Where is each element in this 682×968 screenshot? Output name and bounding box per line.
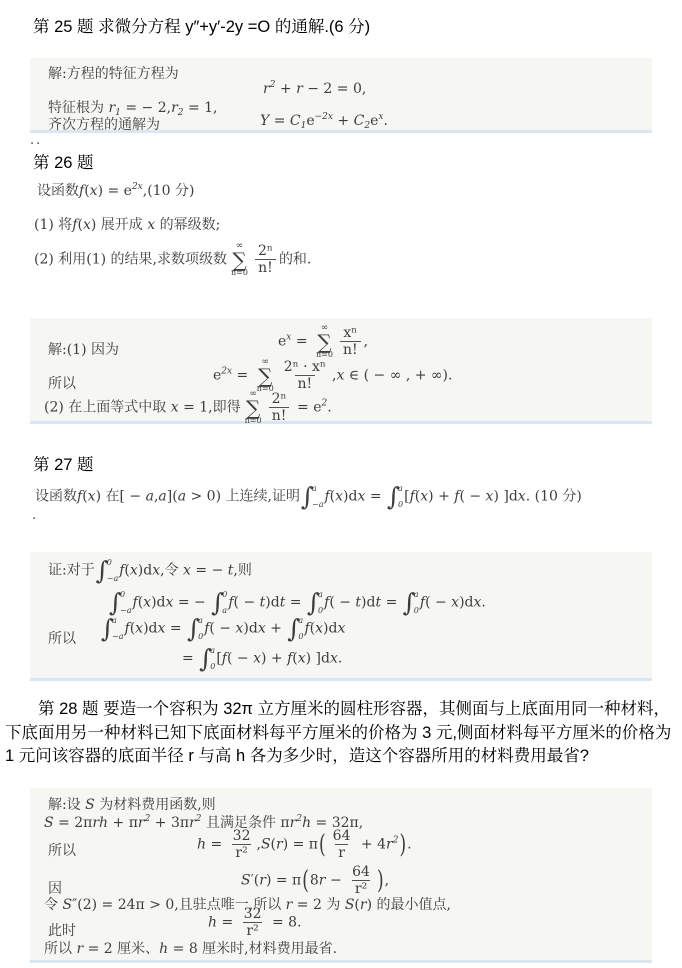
- integral-upper-limit: 0: [120, 591, 131, 599]
- question-27-proof-block: 证:对于∫0−af(x)dx,令 x = − t,则 ∫0−af(x)dx = …: [30, 552, 652, 681]
- math-var: x: [90, 183, 98, 199]
- math-integral: ∫a0: [199, 646, 215, 671]
- math-subscript: 2: [178, 108, 184, 118]
- math-var: x: [298, 651, 306, 667]
- math-var: S: [261, 837, 271, 853]
- math-var: Y: [260, 113, 269, 129]
- solution-25-general-solution-label: 齐次方程的通解为: [48, 114, 160, 134]
- integral-upper-limit: a: [414, 591, 419, 599]
- math-var: x: [357, 489, 365, 505]
- integral-upper-limit: a: [210, 647, 215, 655]
- solution-26-because-label: 解:(1) 因为: [48, 339, 119, 359]
- question-26-part-1: (1) 将f(x) 展开成 x 的幂级数;: [34, 214, 220, 234]
- math-var: f: [119, 563, 124, 579]
- fraction-numerator: 2ⁿ · xⁿ: [281, 359, 329, 375]
- integral-lower-limit: 0: [298, 633, 303, 641]
- fraction-numerator: 2ⁿ: [269, 391, 290, 407]
- math-var: r: [138, 815, 145, 831]
- sigma-icon: ∑: [232, 251, 246, 269]
- math-var: x: [258, 621, 266, 637]
- math-fraction: 2ⁿn!: [269, 391, 290, 424]
- math-var: S: [345, 897, 355, 913]
- math-var: a: [158, 489, 166, 505]
- math-var: r: [319, 873, 326, 889]
- solution-25-characteristic-equation: r2 + r − 2 = 0,: [263, 80, 366, 97]
- math-var: x: [171, 400, 179, 416]
- solution-28-then-label: 此时: [48, 920, 76, 940]
- math-var: x: [147, 217, 155, 233]
- math-var: r: [360, 897, 367, 913]
- math-var: h: [208, 915, 217, 931]
- question-27-statement: 设函数f(x) 在[ − a,a](a > 0) 上连续,证明∫a−af(x)d…: [35, 484, 582, 509]
- math-var: r: [189, 815, 196, 831]
- integral-limits: 0−a: [120, 591, 131, 615]
- math-var: x: [336, 368, 344, 384]
- solution-28-h-value: h = 32r² = 8.: [208, 906, 302, 939]
- solution-28-h-and-S: h = 32r²,S(r) = π(64r + 4r2).: [197, 828, 412, 861]
- math-integral: ∫a0: [287, 616, 303, 641]
- math-var: a: [146, 489, 154, 505]
- integral-upper-limit: a: [298, 617, 303, 625]
- math-summation: ∞∑n=0: [245, 390, 262, 425]
- proof-27-substitution: ∫0−af(x)dx = − ∫0af( − t)dt = ∫a0f( − t)…: [108, 590, 486, 615]
- math-integral: ∫a−a: [301, 484, 324, 509]
- integral-limits: a0: [414, 591, 419, 615]
- math-summation: ∞∑n=0: [257, 358, 274, 393]
- proof-27-conclusion: = ∫a0[f( − x) + f(x) ]dx.: [182, 646, 342, 671]
- sum-lower-limit: n=0: [245, 417, 262, 425]
- integral-lower-limit: 0: [210, 663, 215, 671]
- math-var: t: [228, 563, 234, 579]
- sigma-icon: ∑: [246, 399, 260, 417]
- scan-artifact-dots: ..: [30, 133, 42, 148]
- integral-limits: a−a: [112, 617, 123, 641]
- fraction-denominator: r²: [232, 844, 250, 861]
- math-var: x: [518, 489, 526, 505]
- math-var: f: [125, 621, 130, 637]
- integral-limits: a0: [298, 617, 303, 641]
- math-fraction: 2ⁿ · xⁿn!: [281, 359, 329, 392]
- integral-lower-limit: 0: [398, 501, 403, 509]
- solution-28-intro: 解:设 S 为材料费用函数,则: [48, 794, 216, 814]
- fraction-denominator: r²: [243, 922, 261, 939]
- integral-lower-limit: 0: [318, 607, 323, 615]
- question-27-statement-block: 设函数f(x) 在[ − a,a](a > 0) 上连续,证明∫a−af(x)d…: [30, 482, 678, 520]
- math-var: t: [260, 595, 266, 611]
- math-var: x: [152, 563, 160, 579]
- math-var: S: [85, 797, 95, 813]
- solution-25-general-solution: Y = C1e−2x + C2ex.: [260, 112, 388, 131]
- math-var: S: [241, 873, 251, 889]
- math-integral: ∫0a: [211, 590, 227, 615]
- math-summation: ∞∑n=0: [316, 324, 333, 359]
- integral-lower-limit: −a: [107, 575, 118, 583]
- math-var: x: [235, 621, 243, 637]
- integral-upper-limit: a: [112, 617, 123, 625]
- fraction-denominator: r: [335, 844, 348, 861]
- question-26-title: 第 26 题: [33, 149, 94, 173]
- math-var: f: [304, 621, 309, 637]
- integral-upper-limit: a: [198, 617, 203, 625]
- math-var: t: [375, 595, 381, 611]
- integral-upper-limit: a: [318, 591, 323, 599]
- fraction-denominator: n!: [255, 259, 276, 276]
- fraction-numerator: xⁿ: [340, 325, 360, 341]
- solution-28-conclusion: 所以 r = 2 厘米、h = 8 厘米时,材料费用最省.: [44, 938, 337, 958]
- math-var: r: [76, 941, 83, 957]
- integral-lower-limit: 0: [198, 633, 203, 641]
- math-fraction: 64r: [330, 828, 354, 861]
- integral-lower-limit: 0: [414, 607, 419, 615]
- integral-upper-limit: a: [398, 485, 403, 493]
- integral-limits: a0: [318, 591, 323, 615]
- sigma-icon: ∑: [258, 367, 272, 385]
- math-var: x: [337, 621, 345, 637]
- math-superscript: 2: [270, 80, 276, 90]
- math-fraction: xⁿn!: [340, 325, 361, 358]
- math-var: x: [253, 651, 261, 667]
- solution-28-derivative: S′(r) = π(8r − 64r²),: [241, 864, 389, 897]
- sum-lower-limit: n=0: [231, 269, 248, 277]
- math-paren: (: [318, 830, 327, 860]
- fraction-denominator: n!: [269, 407, 290, 424]
- math-var: x: [183, 563, 191, 579]
- math-var: x: [88, 489, 96, 505]
- math-var: f: [79, 183, 84, 199]
- math-subscript: 1: [301, 121, 307, 131]
- math-var: x: [158, 621, 166, 637]
- math-paren: ): [398, 830, 407, 860]
- math-superscript: −2x: [315, 112, 333, 122]
- math-var: r: [386, 837, 393, 853]
- math-var: x: [330, 651, 338, 667]
- integral-lower-limit: a: [222, 607, 227, 615]
- math-integral: ∫0−a: [96, 558, 119, 583]
- question-27-title: 第 27 题: [33, 451, 94, 475]
- math-var: f: [222, 651, 227, 667]
- solution-26-series-ex: ex = ∞∑n=0xⁿn!,: [278, 324, 368, 359]
- math-var: a: [178, 489, 186, 505]
- fraction-denominator: n!: [340, 341, 361, 358]
- math-var: x: [83, 217, 91, 233]
- question-28-statement: 第 28 题 要造一个容积为 32π 立方厘米的圆柱形容器，其侧面与上底面用同一…: [5, 698, 677, 769]
- math-fraction: 64r²: [349, 864, 373, 897]
- math-var: f: [454, 489, 459, 505]
- integral-limits: a0: [210, 647, 215, 671]
- fraction-numerator: 32: [241, 906, 265, 922]
- math-integral: ∫a0: [187, 616, 203, 641]
- math-var: f: [204, 621, 209, 637]
- question-28-solution-block: 解:设 S 为材料费用函数,则 S = 2πrh + πr2 + 3πr2 且满…: [30, 788, 652, 963]
- integral-limits: 0a: [222, 591, 227, 615]
- math-var: S: [44, 815, 54, 831]
- math-integral: ∫0−a: [109, 590, 132, 615]
- math-superscript: 2: [145, 814, 151, 824]
- math-var: x: [486, 489, 494, 505]
- fraction-numerator: 64: [349, 864, 373, 880]
- math-var: x: [143, 595, 151, 611]
- math-var: x: [474, 595, 482, 611]
- math-superscript: x: [378, 112, 383, 122]
- page: { "colors": { "page_bg": "#ffffff", "tit…: [0, 0, 682, 968]
- integral-upper-limit: a: [312, 485, 323, 493]
- math-var: x: [166, 595, 174, 611]
- math-var: x: [315, 621, 323, 637]
- integral-lower-limit: −a: [112, 633, 123, 641]
- question-26-function: 设函数f(x) = e2x,(10 分): [37, 180, 194, 200]
- fraction-numerator: 64: [330, 828, 354, 844]
- math-superscript: 2x: [221, 367, 232, 377]
- math-var: f: [324, 489, 329, 505]
- math-var: x: [335, 489, 343, 505]
- math-paren: (: [301, 866, 310, 896]
- scan-artifact-dot: .: [32, 508, 38, 523]
- math-integral: ∫a0: [387, 484, 403, 509]
- math-var: C: [290, 113, 301, 129]
- question-26-part-2: (2) 利用(1) 的结果,求数项级数∞∑n=02ⁿn!的和.: [34, 242, 311, 277]
- math-fraction: 32r²: [241, 906, 265, 939]
- integral-limits: a0: [398, 485, 403, 509]
- math-paren: ): [376, 866, 385, 896]
- solution-26-part-2-result: (2) 在上面等式中取 x = 1,即得∞∑n=02ⁿn! = e2.: [44, 390, 332, 425]
- math-var: f: [324, 595, 329, 611]
- integral-lower-limit: −a: [312, 501, 323, 509]
- math-var: f: [72, 217, 77, 233]
- math-fraction: 2ⁿn!: [255, 243, 276, 276]
- math-var: t: [355, 595, 361, 611]
- math-var: r: [296, 81, 303, 97]
- question-26-statement-block: 设函数f(x) = e2x,(10 分) (1) 将f(x) 展开成 x 的幂级…: [30, 172, 670, 284]
- math-var: f: [420, 595, 425, 611]
- math-summation: ∞∑n=0: [231, 242, 248, 277]
- math-superscript: 2: [321, 399, 327, 409]
- math-superscript: x: [286, 333, 291, 343]
- proof-27-so-label: 所以: [48, 628, 76, 648]
- math-var: r: [171, 100, 178, 116]
- proof-27-split: ∫a−af(x)dx = ∫a0f( − x)dx + ∫a0f(x)dx: [100, 616, 345, 641]
- math-var: f: [410, 489, 415, 505]
- math-superscript: 2: [196, 814, 202, 824]
- math-var: r: [276, 837, 283, 853]
- solution-25-intro: 解:方程的特征方程为: [48, 63, 179, 83]
- math-var: rh: [92, 815, 108, 831]
- math-subscript: 2: [364, 121, 370, 131]
- proof-27-setup: 证:对于∫0−af(x)dx,令 x = − t,则: [48, 558, 252, 583]
- question-26-solution-block: 解:(1) 因为 ex = ∞∑n=0xⁿn!, 所以 e2x = ∞∑n=02…: [30, 318, 652, 424]
- math-var: x: [130, 563, 138, 579]
- integral-upper-limit: 0: [107, 559, 118, 567]
- math-var: f: [228, 595, 233, 611]
- integral-limits: a−a: [312, 485, 323, 509]
- solution-28-so-label: 所以: [48, 840, 76, 860]
- fraction-numerator: 32: [230, 828, 254, 844]
- math-var: f: [287, 651, 292, 667]
- math-integral: ∫a−a: [101, 616, 124, 641]
- math-var: r: [259, 873, 266, 889]
- math-var: t: [280, 595, 286, 611]
- math-integral: ∫a0: [307, 590, 323, 615]
- math-var: f: [133, 595, 138, 611]
- math-superscript: 2x: [132, 182, 143, 192]
- solution-26-series-e2x: e2x = ∞∑n=02ⁿ · xⁿn!,x ∈ ( − ∞ , + ∞).: [213, 358, 452, 393]
- integral-limits: a0: [198, 617, 203, 641]
- math-var: h: [197, 837, 206, 853]
- math-var: x: [135, 621, 143, 637]
- math-fraction: 32r²: [230, 828, 254, 861]
- integral-limits: 0−a: [107, 559, 118, 583]
- question-25-title: 第 25 题 求微分方程 y″+y′-2y =O 的通解.(6 分): [33, 13, 370, 37]
- fraction-numerator: 2ⁿ: [255, 243, 276, 259]
- math-var: S: [62, 897, 72, 913]
- math-integral: ∫a0: [403, 590, 419, 615]
- math-var: f: [77, 489, 82, 505]
- math-var: r: [263, 81, 270, 97]
- math-var: x: [420, 489, 428, 505]
- math-var: x: [451, 595, 459, 611]
- sigma-icon: ∑: [317, 333, 331, 351]
- question-25-solution-block: 解:方程的特征方程为 r2 + r − 2 = 0, 特征根为 r1 = − 2…: [30, 58, 652, 133]
- math-var: C: [354, 113, 365, 129]
- integral-upper-limit: 0: [222, 591, 227, 599]
- math-var: h: [159, 941, 168, 957]
- integral-lower-limit: −a: [120, 607, 131, 615]
